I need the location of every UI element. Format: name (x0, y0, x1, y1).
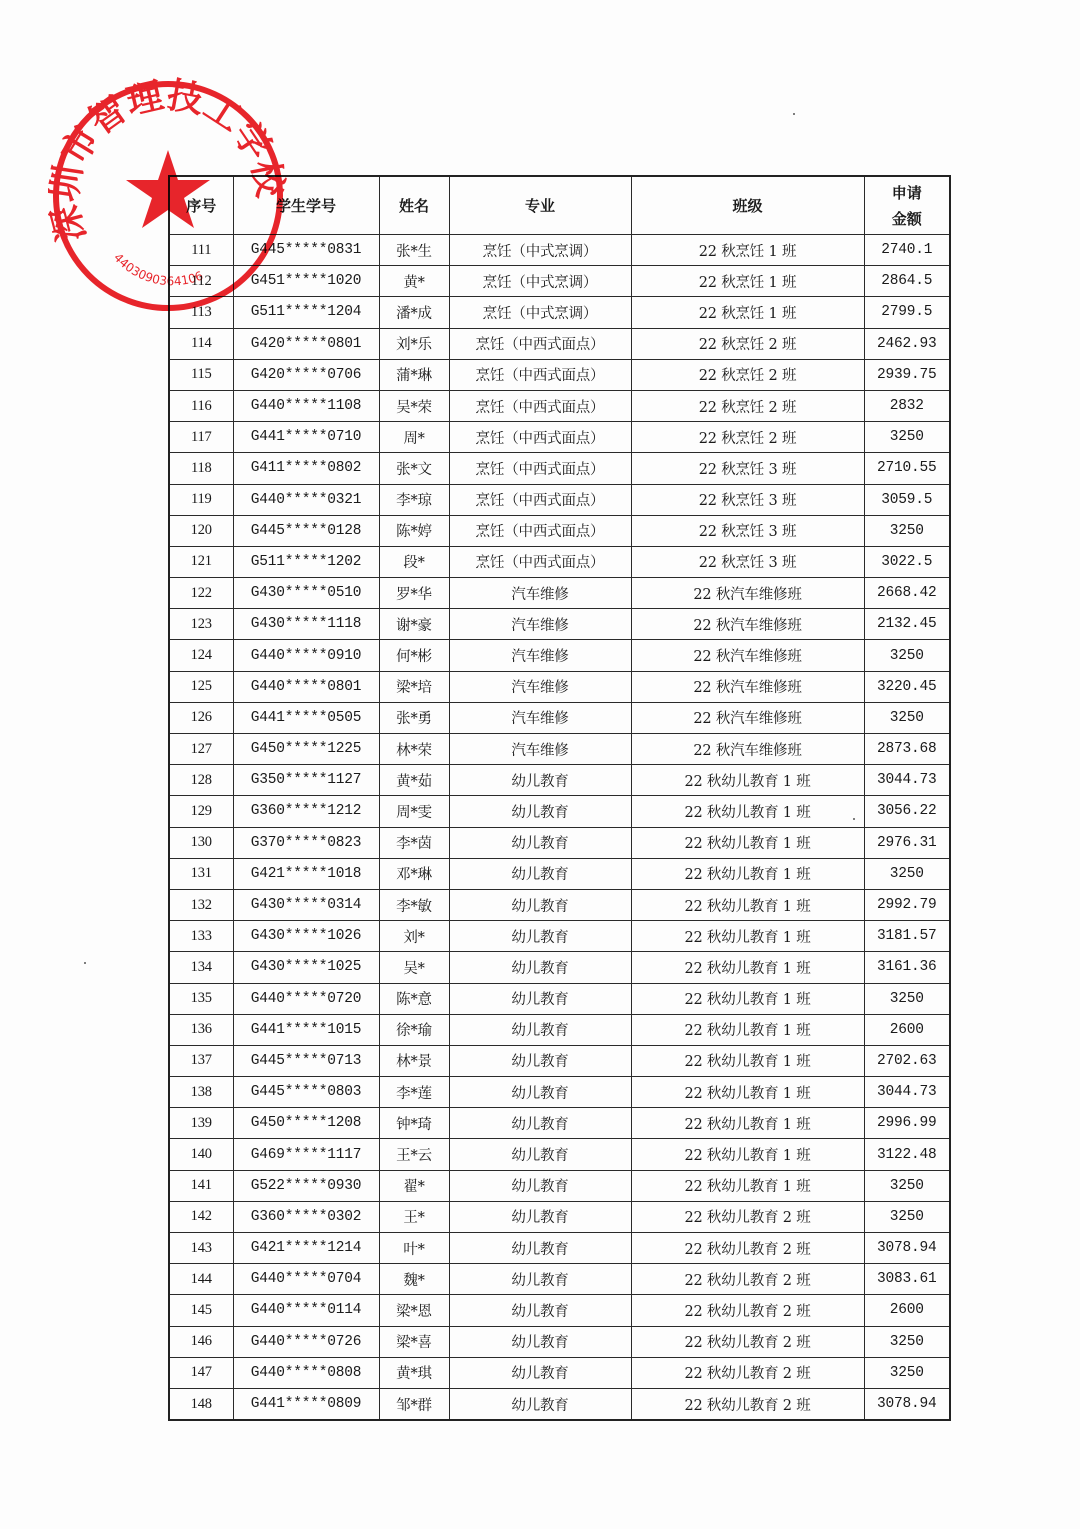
cell-amount: 3220.45 (864, 671, 950, 702)
cell-amount: 3044.73 (864, 1077, 950, 1108)
table-row: 120G445*****0128陈*婷烹饪（中西式面点）22 秋烹饪 3 班32… (169, 515, 950, 546)
cell-student-id: G370*****0823 (233, 827, 379, 858)
scan-speck (793, 113, 795, 115)
cell-student-id: G450*****1225 (233, 734, 379, 765)
cell-class: 22 秋幼儿教育 1 班 (631, 1077, 864, 1108)
table-row: 142G360*****0302王*幼儿教育22 秋幼儿教育 2 班3250 (169, 1201, 950, 1232)
cell-major: 幼儿教育 (449, 889, 631, 920)
cell-no: 123 (169, 609, 233, 640)
cell-name: 叶* (379, 1233, 449, 1264)
cell-major: 烹饪（中西式面点） (449, 390, 631, 421)
cell-amount: 2668.42 (864, 578, 950, 609)
cell-class: 22 秋幼儿教育 1 班 (631, 765, 864, 796)
cell-class: 22 秋汽车维修班 (631, 578, 864, 609)
cell-no: 126 (169, 702, 233, 733)
cell-class: 22 秋幼儿教育 1 班 (631, 1045, 864, 1076)
cell-class: 22 秋烹饪 3 班 (631, 546, 864, 577)
table-row: 114G420*****0801刘*乐烹饪（中西式面点）22 秋烹饪 2 班24… (169, 328, 950, 359)
cell-class: 22 秋汽车维修班 (631, 671, 864, 702)
cell-amount: 3122.48 (864, 1139, 950, 1170)
cell-name: 罗*华 (379, 578, 449, 609)
cell-major: 烹饪（中西式面点） (449, 546, 631, 577)
cell-class: 22 秋汽车维修班 (631, 734, 864, 765)
cell-amount: 3181.57 (864, 921, 950, 952)
cell-student-id: G445*****0803 (233, 1077, 379, 1108)
cell-name: 钟*琦 (379, 1108, 449, 1139)
cell-class: 22 秋烹饪 1 班 (631, 297, 864, 328)
cell-class: 22 秋烹饪 1 班 (631, 266, 864, 297)
cell-major: 汽车维修 (449, 578, 631, 609)
cell-name: 邹*群 (379, 1388, 449, 1420)
cell-no: 134 (169, 952, 233, 983)
cell-amount: 3078.94 (864, 1233, 950, 1264)
cell-name: 黄*琪 (379, 1357, 449, 1388)
cell-student-id: G440*****0808 (233, 1357, 379, 1388)
cell-class: 22 秋汽车维修班 (631, 609, 864, 640)
cell-student-id: G411*****0802 (233, 453, 379, 484)
table-body: 111G445*****0831张*生烹饪（中式烹调）22 秋烹饪 1 班274… (169, 235, 950, 1421)
cell-no: 132 (169, 889, 233, 920)
cell-amount: 2600 (864, 1014, 950, 1045)
cell-name: 邓*琳 (379, 858, 449, 889)
cell-no: 115 (169, 359, 233, 390)
cell-amount: 3250 (864, 858, 950, 889)
table-row: 122G430*****0510罗*华汽车维修22 秋汽车维修班2668.42 (169, 578, 950, 609)
cell-name: 刘* (379, 921, 449, 952)
cell-major: 汽车维修 (449, 671, 631, 702)
cell-major: 烹饪（中西式面点） (449, 515, 631, 546)
cell-name: 徐*瑜 (379, 1014, 449, 1045)
cell-amount: 2873.68 (864, 734, 950, 765)
cell-student-id: G445*****0128 (233, 515, 379, 546)
table-row: 119G440*****0321李*琼烹饪（中西式面点）22 秋烹饪 3 班30… (169, 484, 950, 515)
cell-student-id: G440*****0321 (233, 484, 379, 515)
scan-speck (853, 818, 855, 820)
cell-no: 141 (169, 1170, 233, 1201)
table-row: 143G421*****1214叶*幼儿教育22 秋幼儿教育 2 班3078.9… (169, 1233, 950, 1264)
cell-major: 汽车维修 (449, 702, 631, 733)
cell-no: 133 (169, 921, 233, 952)
cell-amount: 3161.36 (864, 952, 950, 983)
cell-major: 烹饪（中式烹调） (449, 297, 631, 328)
cell-class: 22 秋汽车维修班 (631, 702, 864, 733)
cell-name: 段* (379, 546, 449, 577)
cell-major: 幼儿教育 (449, 1077, 631, 1108)
header-amount-line1: 申请 (865, 180, 950, 206)
cell-amount: 3022.5 (864, 546, 950, 577)
cell-student-id: G420*****0801 (233, 328, 379, 359)
cell-major: 幼儿教育 (449, 765, 631, 796)
cell-class: 22 秋幼儿教育 1 班 (631, 983, 864, 1014)
cell-amount: 3250 (864, 640, 950, 671)
cell-amount: 3250 (864, 1326, 950, 1357)
cell-major: 幼儿教育 (449, 1014, 631, 1045)
cell-no: 147 (169, 1357, 233, 1388)
cell-major: 汽车维修 (449, 609, 631, 640)
table-row: 111G445*****0831张*生烹饪（中式烹调）22 秋烹饪 1 班274… (169, 235, 950, 266)
cell-major: 幼儿教育 (449, 921, 631, 952)
cell-major: 汽车维修 (449, 640, 631, 671)
cell-amount: 3083.61 (864, 1264, 950, 1295)
cell-student-id: G445*****0831 (233, 235, 379, 266)
header-no: 序号 (169, 176, 233, 235)
cell-no: 111 (169, 235, 233, 266)
cell-major: 幼儿教育 (449, 952, 631, 983)
table-row: 139G450*****1208钟*琦幼儿教育22 秋幼儿教育 1 班2996.… (169, 1108, 950, 1139)
table-row: 116G440*****1108吴*荣烹饪（中西式面点）22 秋烹饪 2 班28… (169, 390, 950, 421)
cell-major: 幼儿教育 (449, 1170, 631, 1201)
cell-amount: 2976.31 (864, 827, 950, 858)
cell-amount: 2992.79 (864, 889, 950, 920)
table-row: 129G360*****1212周*雯幼儿教育22 秋幼儿教育 1 班3056.… (169, 796, 950, 827)
cell-name: 谢*豪 (379, 609, 449, 640)
cell-student-id: G451*****1020 (233, 266, 379, 297)
cell-class: 22 秋幼儿教育 2 班 (631, 1357, 864, 1388)
cell-name: 黄* (379, 266, 449, 297)
cell-major: 幼儿教育 (449, 1108, 631, 1139)
cell-student-id: G450*****1208 (233, 1108, 379, 1139)
scan-speck (84, 962, 86, 964)
cell-student-id: G421*****1214 (233, 1233, 379, 1264)
cell-major: 幼儿教育 (449, 1045, 631, 1076)
cell-name: 李*琼 (379, 484, 449, 515)
cell-major: 幼儿教育 (449, 827, 631, 858)
table-row: 137G445*****0713林*景幼儿教育22 秋幼儿教育 1 班2702.… (169, 1045, 950, 1076)
cell-name: 梁*喜 (379, 1326, 449, 1357)
cell-student-id: G360*****0302 (233, 1201, 379, 1232)
cell-class: 22 秋幼儿教育 2 班 (631, 1233, 864, 1264)
cell-name: 王*云 (379, 1139, 449, 1170)
cell-student-id: G522*****0930 (233, 1170, 379, 1201)
cell-no: 121 (169, 546, 233, 577)
table-row: 125G440*****0801梁*培汽车维修22 秋汽车维修班3220.45 (169, 671, 950, 702)
header-amount: 申请 金额 (864, 176, 950, 235)
table-row: 115G420*****0706蒲*琳烹饪（中西式面点）22 秋烹饪 2 班29… (169, 359, 950, 390)
cell-no: 124 (169, 640, 233, 671)
table-row: 135G440*****0720陈*意幼儿教育22 秋幼儿教育 1 班3250 (169, 983, 950, 1014)
cell-major: 幼儿教育 (449, 1326, 631, 1357)
cell-no: 120 (169, 515, 233, 546)
cell-no: 139 (169, 1108, 233, 1139)
cell-class: 22 秋烹饪 3 班 (631, 515, 864, 546)
table-header-row: 序号 学生学号 姓名 专业 班级 申请 金额 (169, 176, 950, 235)
cell-student-id: G441*****0809 (233, 1388, 379, 1420)
cell-name: 吴* (379, 952, 449, 983)
table-row: 132G430*****0314李*敏幼儿教育22 秋幼儿教育 1 班2992.… (169, 889, 950, 920)
cell-major: 幼儿教育 (449, 1139, 631, 1170)
table-row: 117G441*****0710周*烹饪（中西式面点）22 秋烹饪 2 班325… (169, 422, 950, 453)
cell-student-id: G511*****1202 (233, 546, 379, 577)
cell-class: 22 秋幼儿教育 1 班 (631, 796, 864, 827)
table-row: 148G441*****0809邹*群幼儿教育22 秋幼儿教育 2 班3078.… (169, 1388, 950, 1420)
cell-no: 131 (169, 858, 233, 889)
cell-no: 137 (169, 1045, 233, 1076)
table-row: 147G440*****0808黄*琪幼儿教育22 秋幼儿教育 2 班3250 (169, 1357, 950, 1388)
cell-amount: 3250 (864, 515, 950, 546)
table-row: 131G421*****1018邓*琳幼儿教育22 秋幼儿教育 1 班3250 (169, 858, 950, 889)
cell-amount: 2799.5 (864, 297, 950, 328)
cell-class: 22 秋烹饪 2 班 (631, 328, 864, 359)
cell-name: 何*彬 (379, 640, 449, 671)
cell-class: 22 秋幼儿教育 1 班 (631, 1170, 864, 1201)
cell-class: 22 秋幼儿教育 1 班 (631, 1014, 864, 1045)
cell-major: 烹饪（中西式面点） (449, 422, 631, 453)
cell-name: 林*景 (379, 1045, 449, 1076)
cell-major: 幼儿教育 (449, 1201, 631, 1232)
cell-no: 142 (169, 1201, 233, 1232)
cell-student-id: G350*****1127 (233, 765, 379, 796)
table-row: 140G469*****1117王*云幼儿教育22 秋幼儿教育 1 班3122.… (169, 1139, 950, 1170)
cell-no: 130 (169, 827, 233, 858)
cell-amount: 3250 (864, 1357, 950, 1388)
cell-name: 周* (379, 422, 449, 453)
cell-amount: 3056.22 (864, 796, 950, 827)
cell-class: 22 秋幼儿教育 1 班 (631, 952, 864, 983)
cell-no: 140 (169, 1139, 233, 1170)
cell-major: 幼儿教育 (449, 1295, 631, 1326)
table-row: 121G511*****1202段*烹饪（中西式面点）22 秋烹饪 3 班302… (169, 546, 950, 577)
cell-major: 幼儿教育 (449, 1233, 631, 1264)
cell-no: 113 (169, 297, 233, 328)
cell-class: 22 秋幼儿教育 2 班 (631, 1201, 864, 1232)
cell-class: 22 秋烹饪 2 班 (631, 390, 864, 421)
cell-student-id: G511*****1204 (233, 297, 379, 328)
cell-amount: 2939.75 (864, 359, 950, 390)
table-row: 123G430*****1118谢*豪汽车维修22 秋汽车维修班2132.45 (169, 609, 950, 640)
cell-name: 李*莲 (379, 1077, 449, 1108)
table-row: 146G440*****0726梁*喜幼儿教育22 秋幼儿教育 2 班3250 (169, 1326, 950, 1357)
cell-student-id: G441*****1015 (233, 1014, 379, 1045)
cell-class: 22 秋幼儿教育 2 班 (631, 1295, 864, 1326)
cell-no: 138 (169, 1077, 233, 1108)
cell-class: 22 秋汽车维修班 (631, 640, 864, 671)
cell-student-id: G469*****1117 (233, 1139, 379, 1170)
header-student-id: 学生学号 (233, 176, 379, 235)
table-row: 113G511*****1204潘*成烹饪（中式烹调）22 秋烹饪 1 班279… (169, 297, 950, 328)
cell-amount: 3059.5 (864, 484, 950, 515)
cell-class: 22 秋烹饪 3 班 (631, 484, 864, 515)
table-row: 128G350*****1127黄*茹幼儿教育22 秋幼儿教育 1 班3044.… (169, 765, 950, 796)
cell-name: 王* (379, 1201, 449, 1232)
cell-name: 刘*乐 (379, 328, 449, 359)
cell-class: 22 秋幼儿教育 1 班 (631, 827, 864, 858)
table-row: 141G522*****0930翟*幼儿教育22 秋幼儿教育 1 班3250 (169, 1170, 950, 1201)
cell-name: 张*生 (379, 235, 449, 266)
cell-no: 145 (169, 1295, 233, 1326)
cell-student-id: G445*****0713 (233, 1045, 379, 1076)
cell-name: 张*勇 (379, 702, 449, 733)
cell-amount: 3250 (864, 1201, 950, 1232)
cell-student-id: G440*****0801 (233, 671, 379, 702)
cell-no: 117 (169, 422, 233, 453)
cell-class: 22 秋幼儿教育 2 班 (631, 1264, 864, 1295)
cell-amount: 2132.45 (864, 609, 950, 640)
cell-class: 22 秋烹饪 2 班 (631, 422, 864, 453)
cell-no: 116 (169, 390, 233, 421)
cell-student-id: G440*****0726 (233, 1326, 379, 1357)
cell-no: 136 (169, 1014, 233, 1045)
table-row: 127G450*****1225林*荣汽车维修22 秋汽车维修班2873.68 (169, 734, 950, 765)
cell-major: 幼儿教育 (449, 858, 631, 889)
table-row: 133G430*****1026刘*幼儿教育22 秋幼儿教育 1 班3181.5… (169, 921, 950, 952)
cell-name: 黄*茹 (379, 765, 449, 796)
cell-student-id: G441*****0505 (233, 702, 379, 733)
cell-amount: 2702.63 (864, 1045, 950, 1076)
cell-amount: 3250 (864, 983, 950, 1014)
table-row: 130G370*****0823李*茵幼儿教育22 秋幼儿教育 1 班2976.… (169, 827, 950, 858)
cell-name: 吴*荣 (379, 390, 449, 421)
cell-major: 汽车维修 (449, 734, 631, 765)
cell-no: 114 (169, 328, 233, 359)
cell-no: 122 (169, 578, 233, 609)
cell-class: 22 秋幼儿教育 1 班 (631, 1139, 864, 1170)
cell-name: 魏* (379, 1264, 449, 1295)
cell-student-id: G440*****0114 (233, 1295, 379, 1326)
cell-major: 幼儿教育 (449, 1357, 631, 1388)
table-row: 145G440*****0114梁*恩幼儿教育22 秋幼儿教育 2 班2600 (169, 1295, 950, 1326)
cell-no: 146 (169, 1326, 233, 1357)
header-class: 班级 (631, 176, 864, 235)
cell-class: 22 秋烹饪 1 班 (631, 235, 864, 266)
table-row: 112G451*****1020黄*烹饪（中式烹调）22 秋烹饪 1 班2864… (169, 266, 950, 297)
cell-class: 22 秋幼儿教育 1 班 (631, 1108, 864, 1139)
cell-student-id: G440*****0704 (233, 1264, 379, 1295)
cell-student-id: G430*****1026 (233, 921, 379, 952)
header-major: 专业 (449, 176, 631, 235)
header-name: 姓名 (379, 176, 449, 235)
cell-class: 22 秋烹饪 2 班 (631, 359, 864, 390)
cell-no: 119 (169, 484, 233, 515)
table-row: 126G441*****0505张*勇汽车维修22 秋汽车维修班3250 (169, 702, 950, 733)
cell-name: 周*雯 (379, 796, 449, 827)
cell-no: 128 (169, 765, 233, 796)
cell-major: 烹饪（中西式面点） (449, 484, 631, 515)
cell-amount: 3044.73 (864, 765, 950, 796)
cell-name: 林*荣 (379, 734, 449, 765)
cell-no: 148 (169, 1388, 233, 1420)
cell-student-id: G430*****0314 (233, 889, 379, 920)
cell-name: 张*文 (379, 453, 449, 484)
cell-student-id: G420*****0706 (233, 359, 379, 390)
cell-student-id: G430*****1118 (233, 609, 379, 640)
table-row: 144G440*****0704魏*幼儿教育22 秋幼儿教育 2 班3083.6… (169, 1264, 950, 1295)
cell-no: 112 (169, 266, 233, 297)
cell-student-id: G440*****0910 (233, 640, 379, 671)
table-row: 134G430*****1025吴*幼儿教育22 秋幼儿教育 1 班3161.3… (169, 952, 950, 983)
cell-name: 潘*成 (379, 297, 449, 328)
cell-amount: 2740.1 (864, 235, 950, 266)
cell-name: 李*敏 (379, 889, 449, 920)
cell-major: 烹饪（中西式面点） (449, 328, 631, 359)
cell-name: 梁*恩 (379, 1295, 449, 1326)
cell-amount: 2600 (864, 1295, 950, 1326)
cell-no: 125 (169, 671, 233, 702)
cell-amount: 3250 (864, 422, 950, 453)
cell-no: 143 (169, 1233, 233, 1264)
cell-amount: 2462.93 (864, 328, 950, 359)
cell-class: 22 秋幼儿教育 1 班 (631, 858, 864, 889)
cell-no: 129 (169, 796, 233, 827)
header-amount-line2: 金额 (865, 206, 950, 232)
cell-student-id: G430*****1025 (233, 952, 379, 983)
cell-name: 梁*培 (379, 671, 449, 702)
cell-student-id: G440*****0720 (233, 983, 379, 1014)
cell-amount: 3078.94 (864, 1388, 950, 1420)
cell-name: 李*茵 (379, 827, 449, 858)
cell-name: 蒲*琳 (379, 359, 449, 390)
cell-class: 22 秋幼儿教育 2 班 (631, 1326, 864, 1357)
subsidy-application-table: 序号 学生学号 姓名 专业 班级 申请 金额 111G445*****0831张… (168, 175, 951, 1421)
cell-student-id: G430*****0510 (233, 578, 379, 609)
cell-amount: 2864.5 (864, 266, 950, 297)
cell-no: 144 (169, 1264, 233, 1295)
cell-class: 22 秋幼儿教育 2 班 (631, 1388, 864, 1420)
cell-no: 135 (169, 983, 233, 1014)
cell-major: 烹饪（中式烹调） (449, 266, 631, 297)
cell-student-id: G360*****1212 (233, 796, 379, 827)
cell-major: 烹饪（中西式面点） (449, 359, 631, 390)
cell-class: 22 秋幼儿教育 1 班 (631, 921, 864, 952)
cell-amount: 3250 (864, 702, 950, 733)
cell-major: 烹饪（中式烹调） (449, 235, 631, 266)
cell-no: 118 (169, 453, 233, 484)
table-row: 138G445*****0803李*莲幼儿教育22 秋幼儿教育 1 班3044.… (169, 1077, 950, 1108)
table-row: 118G411*****0802张*文烹饪（中西式面点）22 秋烹饪 3 班27… (169, 453, 950, 484)
cell-student-id: G441*****0710 (233, 422, 379, 453)
cell-major: 幼儿教育 (449, 1388, 631, 1420)
cell-major: 幼儿教育 (449, 983, 631, 1014)
cell-student-id: G440*****1108 (233, 390, 379, 421)
cell-amount: 3250 (864, 1170, 950, 1201)
table-row: 124G440*****0910何*彬汽车维修22 秋汽车维修班3250 (169, 640, 950, 671)
cell-name: 陈*意 (379, 983, 449, 1014)
cell-class: 22 秋幼儿教育 1 班 (631, 889, 864, 920)
cell-major: 幼儿教育 (449, 796, 631, 827)
cell-major: 幼儿教育 (449, 1264, 631, 1295)
cell-student-id: G421*****1018 (233, 858, 379, 889)
cell-no: 127 (169, 734, 233, 765)
cell-class: 22 秋烹饪 3 班 (631, 453, 864, 484)
cell-amount: 2710.55 (864, 453, 950, 484)
cell-name: 陈*婷 (379, 515, 449, 546)
cell-major: 烹饪（中西式面点） (449, 453, 631, 484)
cell-name: 翟* (379, 1170, 449, 1201)
table-row: 136G441*****1015徐*瑜幼儿教育22 秋幼儿教育 1 班2600 (169, 1014, 950, 1045)
cell-amount: 2832 (864, 390, 950, 421)
document-page: 序号 学生学号 姓名 专业 班级 申请 金额 111G445*****0831张… (0, 0, 1080, 1529)
cell-amount: 2996.99 (864, 1108, 950, 1139)
